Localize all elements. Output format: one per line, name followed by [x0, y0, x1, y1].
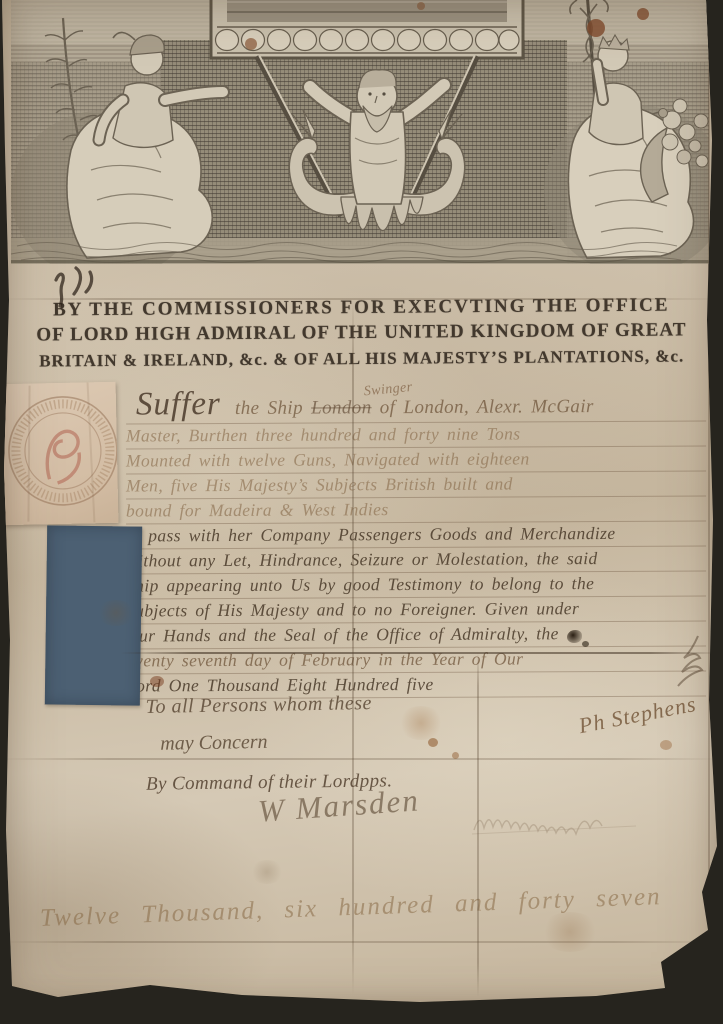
handwritten-line: to pass with her Company Passengers Good… [126, 521, 706, 549]
fold-crease [0, 941, 723, 943]
handwritten-line: Our Hands and the Seal of the Office of … [126, 621, 706, 649]
stain-mark [660, 740, 672, 750]
handwritten-line: To all Persons whom these [145, 692, 372, 719]
ink-blot [567, 630, 582, 643]
handwritten-line: Men, five His Majesty’s Subjects British… [126, 471, 706, 499]
fold-crease [0, 758, 723, 760]
stain-mark [398, 706, 444, 740]
stain-mark [250, 860, 284, 884]
stain-mark [540, 912, 600, 952]
triton-figure [289, 70, 464, 231]
parchment-sheet: BY THE COMMISSIONERS FOR EXECVTING THE O… [0, 0, 723, 1024]
address-block: To all Persons whom these may Concern [145, 692, 372, 756]
blue-paper-patch [45, 525, 142, 705]
picture-frame-cartouche [211, 0, 523, 58]
seal-monogram [47, 431, 80, 483]
printed-header-line-2: OF LORD HIGH ADMIRAL OF THE UNITED KINGD… [0, 319, 723, 347]
handwritten-line: Subjects of His Majesty and to no Foreig… [126, 596, 706, 624]
handwritten-body: Suffer the Ship London Swinger of London… [126, 386, 706, 698]
stain-mark [452, 752, 459, 759]
handwritten-line: Mounted with twelve Guns, Navigated with… [126, 446, 706, 474]
handwritten-line: may Concern [160, 729, 373, 756]
ink-flourish [648, 630, 708, 690]
ink-scribble [42, 266, 112, 310]
stain-mark [428, 738, 438, 747]
scanned-admiralty-pass: BY THE COMMISSIONERS FOR EXECVTING THE O… [0, 0, 723, 1024]
signature-ph-stephens: Ph Stephens [577, 691, 699, 739]
printed-header-line-3: BRITAIN & IRELAND, &c. & OF ALL HIS MAJE… [0, 346, 723, 372]
handwritten-line: bound for Madeira & West Indies [126, 496, 706, 524]
ink-blot [582, 641, 589, 647]
registry-number-line: Twelve Thousand, six hundred and forty s… [40, 883, 662, 933]
interlined-ship-name: Swinger [362, 371, 414, 409]
engraved-header-art [11, 0, 709, 264]
struck-ship-name: London [311, 397, 372, 418]
handwritten-line: Master, Burthen three hundred and forty … [126, 421, 706, 449]
admiralty-wafer-seal [0, 382, 118, 525]
handwritten-line: Suffer the Ship London Swinger of London… [126, 384, 706, 424]
opening-word: Suffer [126, 386, 227, 423]
handwritten-line: twenty seventh day of February in the Ye… [126, 646, 706, 674]
handwritten-line: Ship appearing unto Us by good Testimony… [126, 571, 706, 599]
handwritten-line: without any Let, Hindrance, Seizure or M… [126, 546, 706, 574]
faint-signature [470, 792, 640, 844]
